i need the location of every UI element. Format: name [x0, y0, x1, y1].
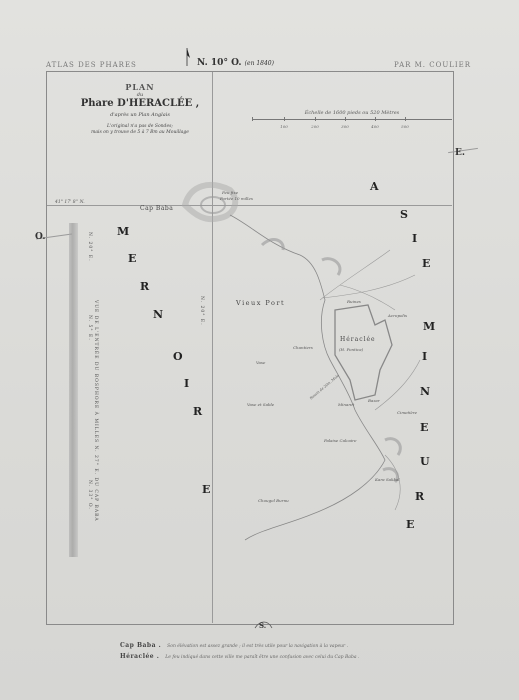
legend: Cap Baba .Son élévation est assez grande… [120, 642, 359, 664]
sea-letter: R [193, 405, 202, 418]
bearing-label: N. 20° E. [199, 296, 204, 326]
compass-east: E. [455, 148, 465, 158]
scale-tick-label: 500 [401, 124, 409, 129]
place-bazar: Bazar [368, 398, 380, 403]
coast-profile-title: VUE DE L'ENTRÉE DU BOSPHORE À MILLES N. … [93, 300, 98, 522]
legend-text: Son élévation est assez grande ; il est … [167, 644, 348, 649]
profile-label: N. 5° E. [87, 315, 92, 341]
place-cimetiere: Cimetière [397, 410, 417, 415]
scale-tick-label: 100 [280, 124, 288, 129]
title-plan: PLAN [70, 82, 210, 92]
title-note: L'original n'a pas de Sondes; mais on y … [70, 124, 210, 136]
sea-letter: I [184, 377, 189, 390]
place-chantiers: Chantiers [293, 345, 313, 350]
scale-title: Échelle de 1600 pieds ou 520 Mètres [252, 110, 452, 116]
scale-tick-label: 300 [341, 124, 349, 129]
place-heraclee-sub: (H. Pontica) [339, 347, 363, 352]
legend-row: Héraclée .Le feu indiqué dans cette vill… [120, 653, 359, 660]
scale-tick-label: 400 [371, 124, 379, 129]
legend-text: Le feu indiqué dans cette ville me paraî… [165, 655, 359, 660]
map-subtitle: d'après un Plan Anglais [70, 112, 210, 118]
sea-letter: O [173, 350, 183, 363]
land-letter: A [370, 180, 379, 193]
sea-letter: R [140, 280, 149, 293]
land-letter: I [412, 232, 417, 245]
compass-south: S. [259, 621, 266, 630]
map-title: Phare D'HERACLÉE , [70, 98, 210, 109]
map-sheet: ATLAS DES PHARES PAR M. COULIER N. 10° O… [0, 0, 519, 700]
land-letter: E [420, 421, 428, 434]
sea-letter: N [153, 308, 163, 321]
land-letter: R [415, 490, 424, 503]
legend-name: Héraclée . [120, 653, 159, 660]
sea-letter: E [128, 252, 136, 265]
place-cap-baba: Cap Baba [140, 205, 173, 212]
land-letter: E [422, 257, 430, 270]
place-ruines: Ruines [347, 299, 361, 304]
scale-line: 100 200 300 400 500 [252, 119, 452, 120]
legend-name: Cap Baba . [120, 642, 161, 649]
place-lighthouse: Feu fixe [222, 190, 238, 195]
compass-west: O. [35, 232, 45, 242]
land-letter: N [420, 385, 430, 398]
coast-profile-view [69, 223, 78, 557]
land-letter: S [400, 208, 408, 221]
place-minaret: Minaret [338, 402, 354, 407]
place-chougol-burnu: Chougol Burnu [258, 498, 289, 503]
sea-letter: M [117, 225, 129, 238]
place-vase-sable: Vase et Sable [247, 402, 274, 407]
place-falaise: Falaise Calcaire [324, 438, 356, 443]
place-vase: Vase [256, 360, 265, 365]
scale-bar: Échelle de 1600 pieds ou 520 Mètres 100 … [252, 110, 452, 120]
land-letter: U [420, 455, 430, 468]
place-acropolis: Acropolis [388, 313, 407, 318]
map-title-block: PLAN du Phare D'HERACLÉE , d'après un Pl… [70, 82, 210, 136]
latitude-label: 41° 17' 8'' N. [55, 200, 85, 205]
place-vieux-port: Vieux Port [236, 299, 285, 307]
place-heraclee: Héraclée [340, 336, 376, 343]
lighthouse-range: Portée 10 milles [220, 196, 253, 201]
land-letter: M [423, 320, 435, 333]
land-letter: E [406, 518, 414, 531]
land-letter: I [422, 350, 427, 363]
sea-letter: E [202, 483, 210, 496]
profile-label: N. 20° E. [87, 232, 92, 262]
place-kara-sakkal: Kara Sakkal [375, 477, 400, 482]
title-note-line2: mais on y trouve de 5 à 7 Bm au Mouillag… [70, 130, 210, 136]
scale-tick-label: 200 [311, 124, 319, 129]
legend-row: Cap Baba .Son élévation est assez grande… [120, 642, 359, 649]
profile-label: N. 33° O. [87, 480, 92, 510]
